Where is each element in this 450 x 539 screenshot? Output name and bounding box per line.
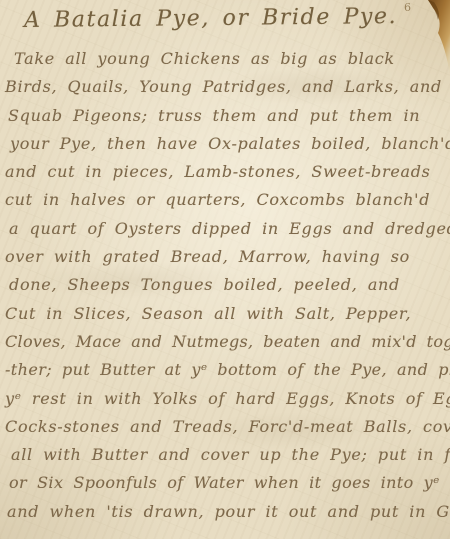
manuscript-line: Squab Pigeons; truss them and put them i… (5, 102, 448, 130)
manuscript-line: yᵉ rest in with Yolks of hard Eggs, Knot… (5, 385, 448, 413)
manuscript-line: your Pye, then have Ox-palates boiled, b… (5, 130, 448, 158)
manuscript-line: Cut in Slices, Season all with Salt, Pep… (5, 300, 448, 328)
manuscript-line: and cut in pieces, Lamb-stones, Sweet-br… (5, 158, 448, 186)
manuscript-line: Cocks-stones and Treads, Forc'd-meat Bal… (5, 413, 448, 441)
recipe-title: A Batalia Pye, or Bride Pye. (24, 4, 397, 33)
manuscript-line: -ther; put Butter at yᵉ bottom of the Py… (5, 356, 448, 384)
manuscript-line: or Six Spoonfuls of Water when it goes i… (5, 469, 448, 497)
manuscript-line: all with Butter and cover up the Pye; pu… (5, 441, 448, 469)
manuscript-line: done, Sheeps Tongues boiled, peeled, and (5, 271, 448, 299)
page-number: 6 (404, 1, 411, 14)
manuscript-line: Cloves, Mace and Nutmegs, beaten and mix… (5, 328, 448, 356)
manuscript-line: cut in halves or quarters, Coxcombs blan… (5, 186, 448, 214)
manuscript-line: Take all young Chickens as big as black (5, 45, 448, 73)
manuscript-line: Birds, Quails, Young Patridges, and Lark… (5, 73, 448, 101)
manuscript-page: 6 A Batalia Pye, or Bride Pye. Take all … (0, 0, 450, 539)
manuscript-line: and when 'tis drawn, pour it out and put… (5, 498, 448, 526)
manuscript-line: over with grated Bread, Marrow, having s… (5, 243, 448, 271)
recipe-body: Take all young Chickens as big as black … (5, 45, 448, 526)
manuscript-line: a quart of Oysters dipped in Eggs and dr… (5, 215, 448, 243)
